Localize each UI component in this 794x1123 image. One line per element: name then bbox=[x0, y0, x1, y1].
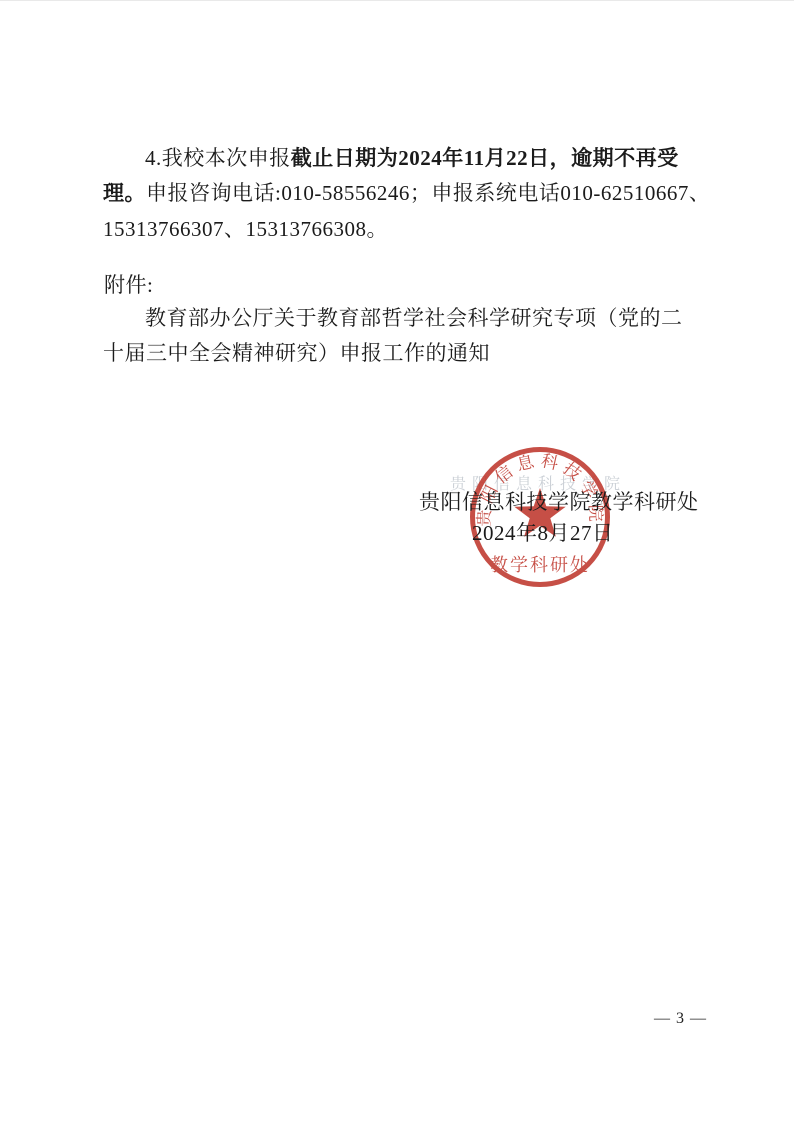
para4-line1-bold: 截止日期为2024年11月22日，逾期不再受 bbox=[291, 146, 679, 170]
page-number: — 3 — bbox=[654, 1010, 707, 1028]
official-seal: 贵阳信息科技学院 教学科研处 bbox=[465, 442, 615, 592]
document-page: 4.我校本次申报截止日期为2024年11月22日，逾期不再受 理。申报咨询电话:… bbox=[0, 0, 794, 1123]
para4-line1-normal: 4.我校本次申报 bbox=[145, 146, 291, 170]
signature-org: 贵阳信息科技学院教学科研处 bbox=[419, 487, 699, 517]
para4-line2-bold: 理。 bbox=[103, 181, 146, 205]
para4-line3: 15313766307、15313766308。 bbox=[103, 214, 388, 244]
para4-line1: 4.我校本次申报截止日期为2024年11月22日，逾期不再受 bbox=[145, 143, 679, 173]
para4-line2: 理。申报咨询电话:010-58556246；申报系统电话010-62510667… bbox=[103, 178, 710, 208]
attachment-label: 附件: bbox=[104, 270, 153, 300]
attachment-title-line1: 教育部办公厅关于教育部哲学社会科学研究专项（党的二 bbox=[145, 303, 683, 333]
seal-bottom-text: 教学科研处 bbox=[490, 555, 590, 575]
para4-line2-normal: 申报咨询电话:010-58556246；申报系统电话010-62510667、 bbox=[146, 181, 710, 205]
signature-date: 2024年8月27日 bbox=[472, 518, 614, 548]
attachment-title-line2: 十届三中全会精神研究）申报工作的通知 bbox=[103, 338, 490, 368]
